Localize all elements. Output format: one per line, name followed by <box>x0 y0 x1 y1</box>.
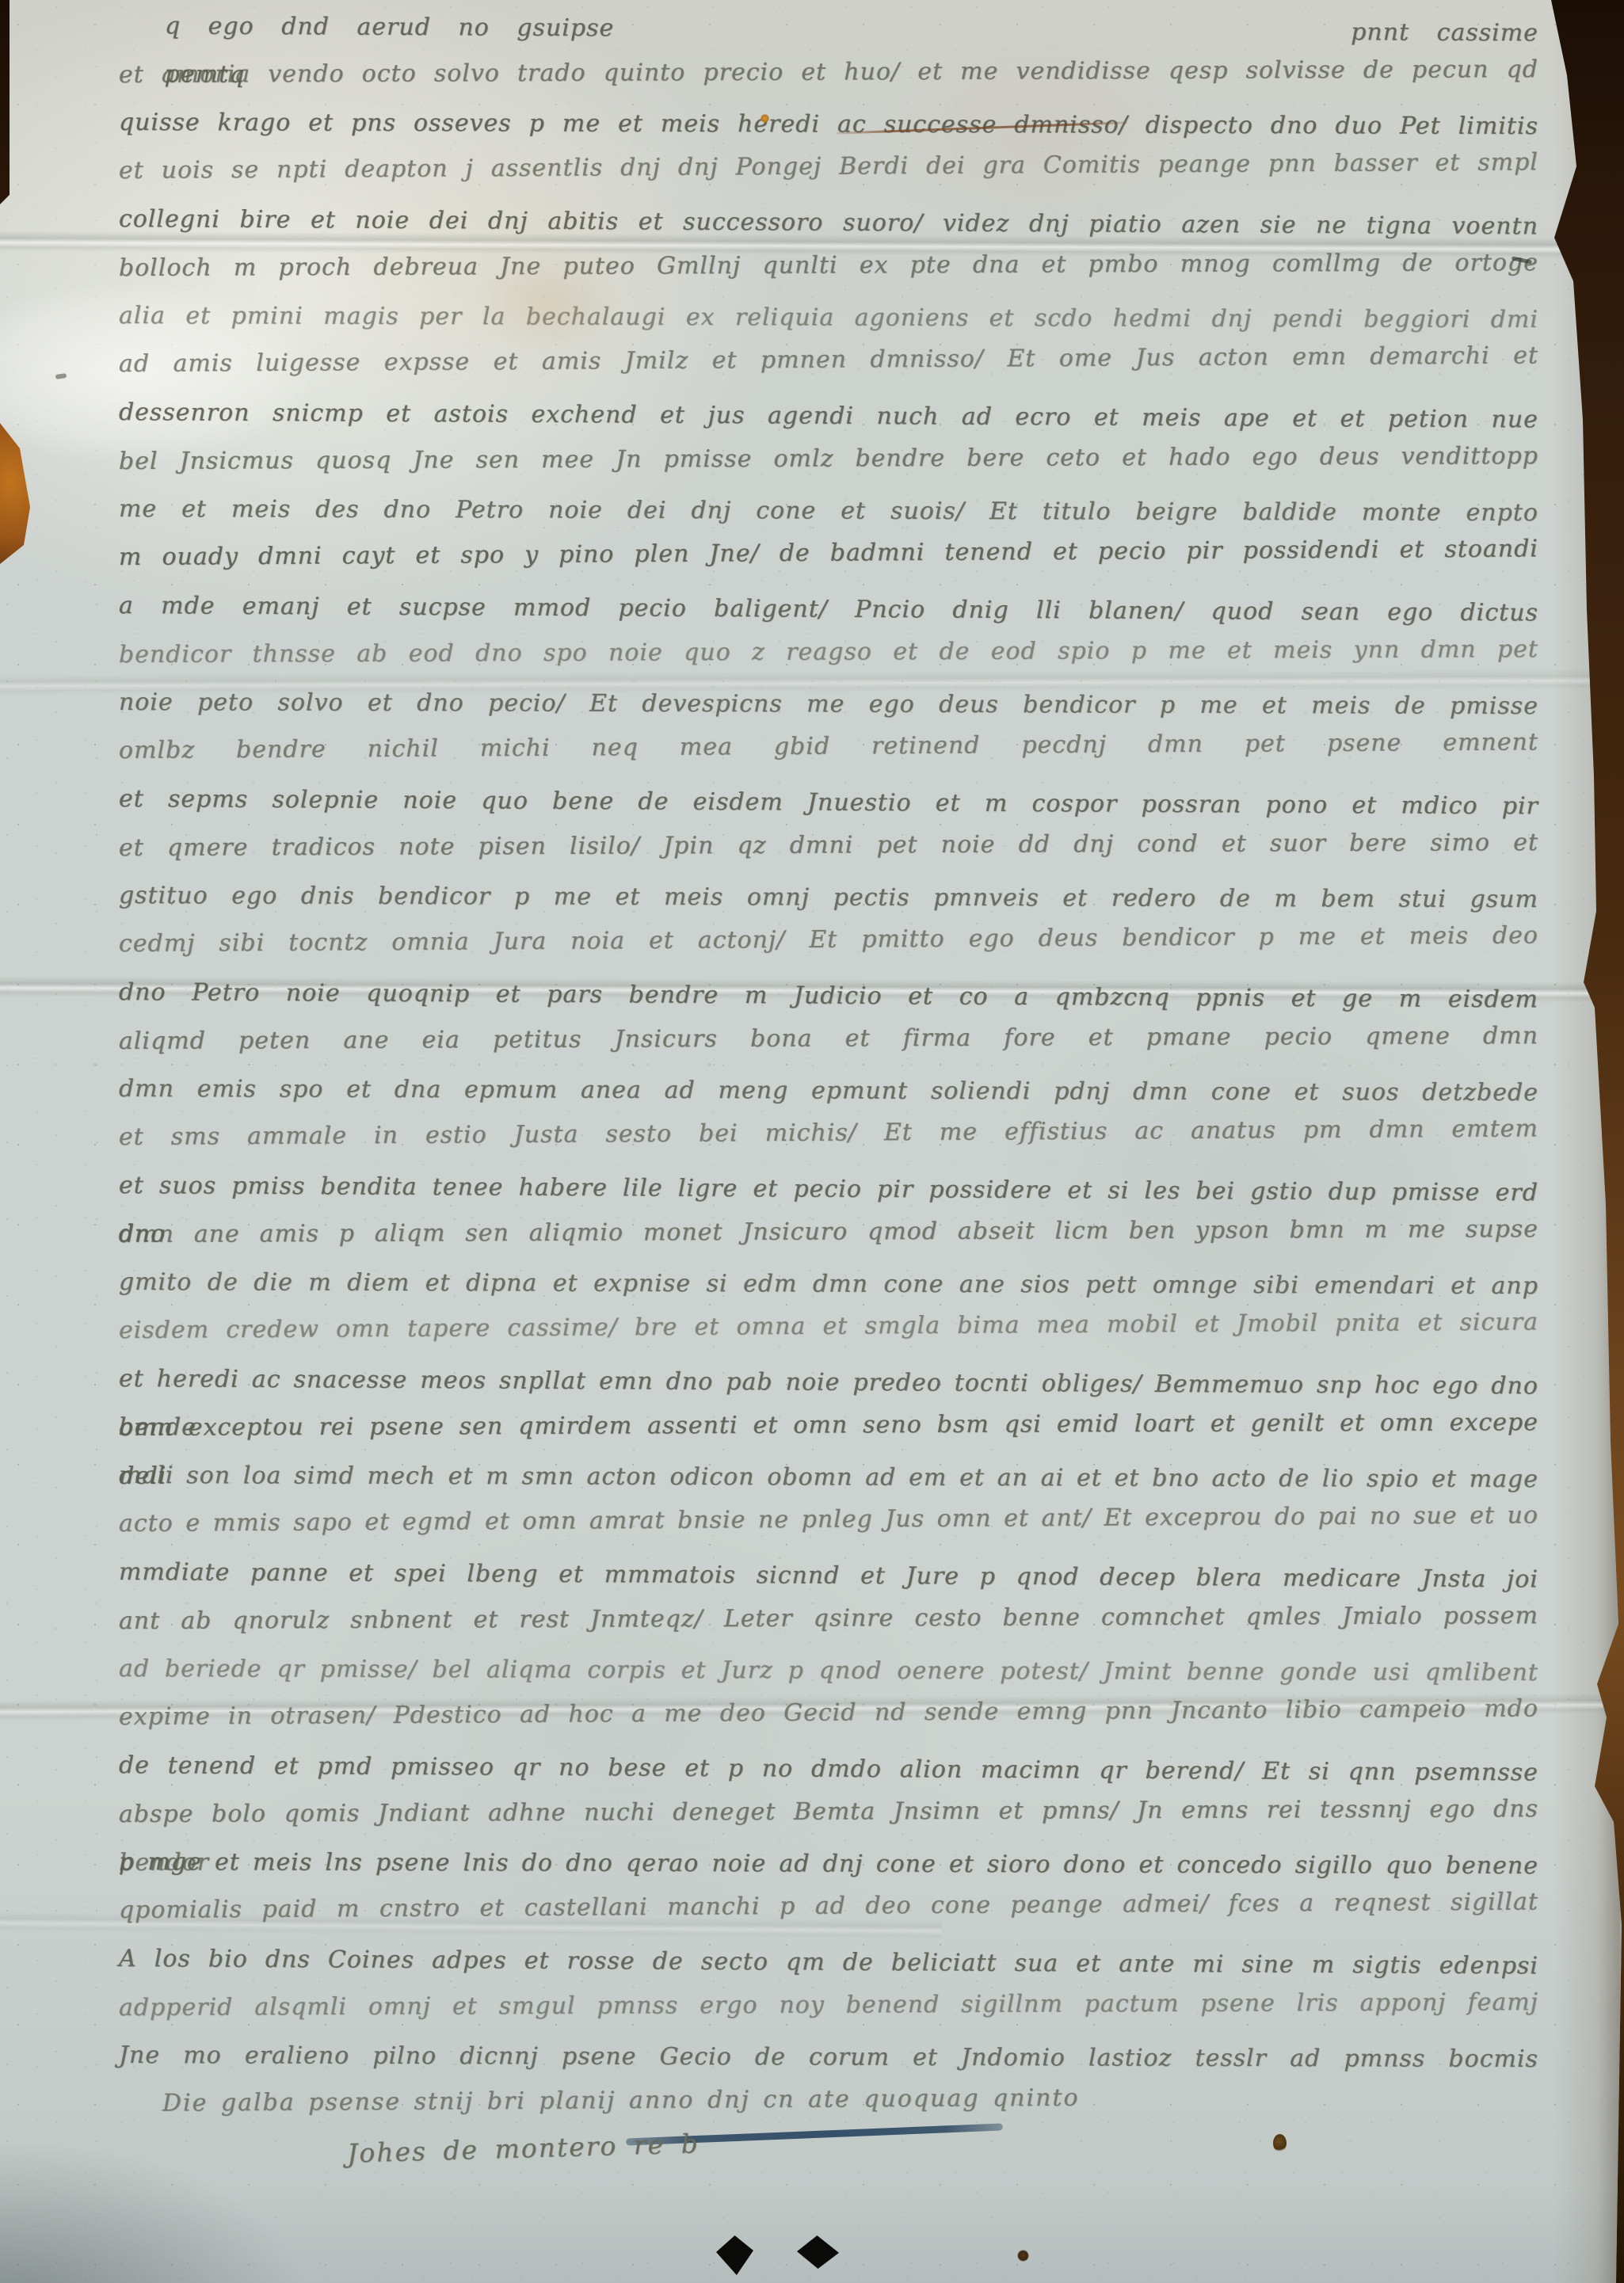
text-line: ad amis luigesse expsse et amis Jmilz et… <box>119 331 1538 388</box>
text-line: bel Jnsicmus quosq Jne sen mee Jn pmisse… <box>119 432 1538 486</box>
faint-stain-patch <box>472 252 623 355</box>
parchment-sheet: q ego dnd aerud no gsuipse pnnt cassime … <box>0 0 1624 2283</box>
text-line: adpperid alsqmli omnj et smgul pmnss erg… <box>119 1978 1538 2032</box>
brown-stain-spot <box>1273 2134 1287 2152</box>
text-line: et uois se npti deapton j assentlis dnj … <box>119 138 1538 195</box>
text-line: abspe bolo qomis Jndiant adhne nuchi den… <box>119 1785 1538 1839</box>
text-line: omn exceptou rei psene sen qmirdem assen… <box>119 1398 1538 1452</box>
text-line: eisdem credew omn tapere cassime/ bre et… <box>119 1298 1538 1355</box>
photo-background-table-backing: q ego dnd aerud no gsuipse pnnt cassime … <box>0 0 1624 2283</box>
text-line: acto e mmis sapo et egmd et omn amrat bn… <box>119 1491 1538 1548</box>
punch-hole-diamond <box>716 2235 753 2275</box>
orange-wax-speck <box>761 114 769 123</box>
text-line: et qmere tradicos note pisen lisilo/ Jpi… <box>119 818 1538 872</box>
text-line: dmn ane amis p aliqm sen aliqmio monet J… <box>119 1205 1538 1259</box>
text-line: omlbz bendre nichil michi neq mea gbid r… <box>119 718 1538 775</box>
text-line: et amoria vendo octo solvo trado quinto … <box>119 45 1538 99</box>
text-line: bolloch m proch debreua Jne puteo Gmllnj… <box>119 238 1538 292</box>
manuscript-text-block: q ego dnd aerud no gsuipse pnnt cassime … <box>119 2 1538 2128</box>
text-line: ant ab qnorulz snbnent et rest Jnmteqz/ … <box>119 1591 1538 1645</box>
text-line: aliqmd peten ane eia petitus Jnsicurs bo… <box>119 1012 1538 1065</box>
text-line: Die galba psense stnij bri planij anno d… <box>119 2071 1538 2128</box>
text-line: cedmj sibi tocntz omnia Jura noia et act… <box>119 911 1538 968</box>
text-line: expime in otrasen/ Pdestico ad hoc a me … <box>119 1684 1538 1741</box>
notary-signature: Johes de montero re b <box>347 2124 839 2168</box>
text-line: qpomialis paid m cnstro et castellani ma… <box>119 1877 1538 1934</box>
text-line: bendicor thnsse ab eod dno spo noie quo … <box>119 625 1538 679</box>
brown-stain-spot <box>1017 2250 1029 2262</box>
dark-ink-speck <box>55 373 67 379</box>
text-line: et sms ammale in estio Justa sesto bei m… <box>119 1104 1538 1161</box>
punch-hole-diamond <box>797 2235 839 2269</box>
text-line: m ouady dmni cayt et spo y pino plen Jne… <box>119 524 1538 581</box>
